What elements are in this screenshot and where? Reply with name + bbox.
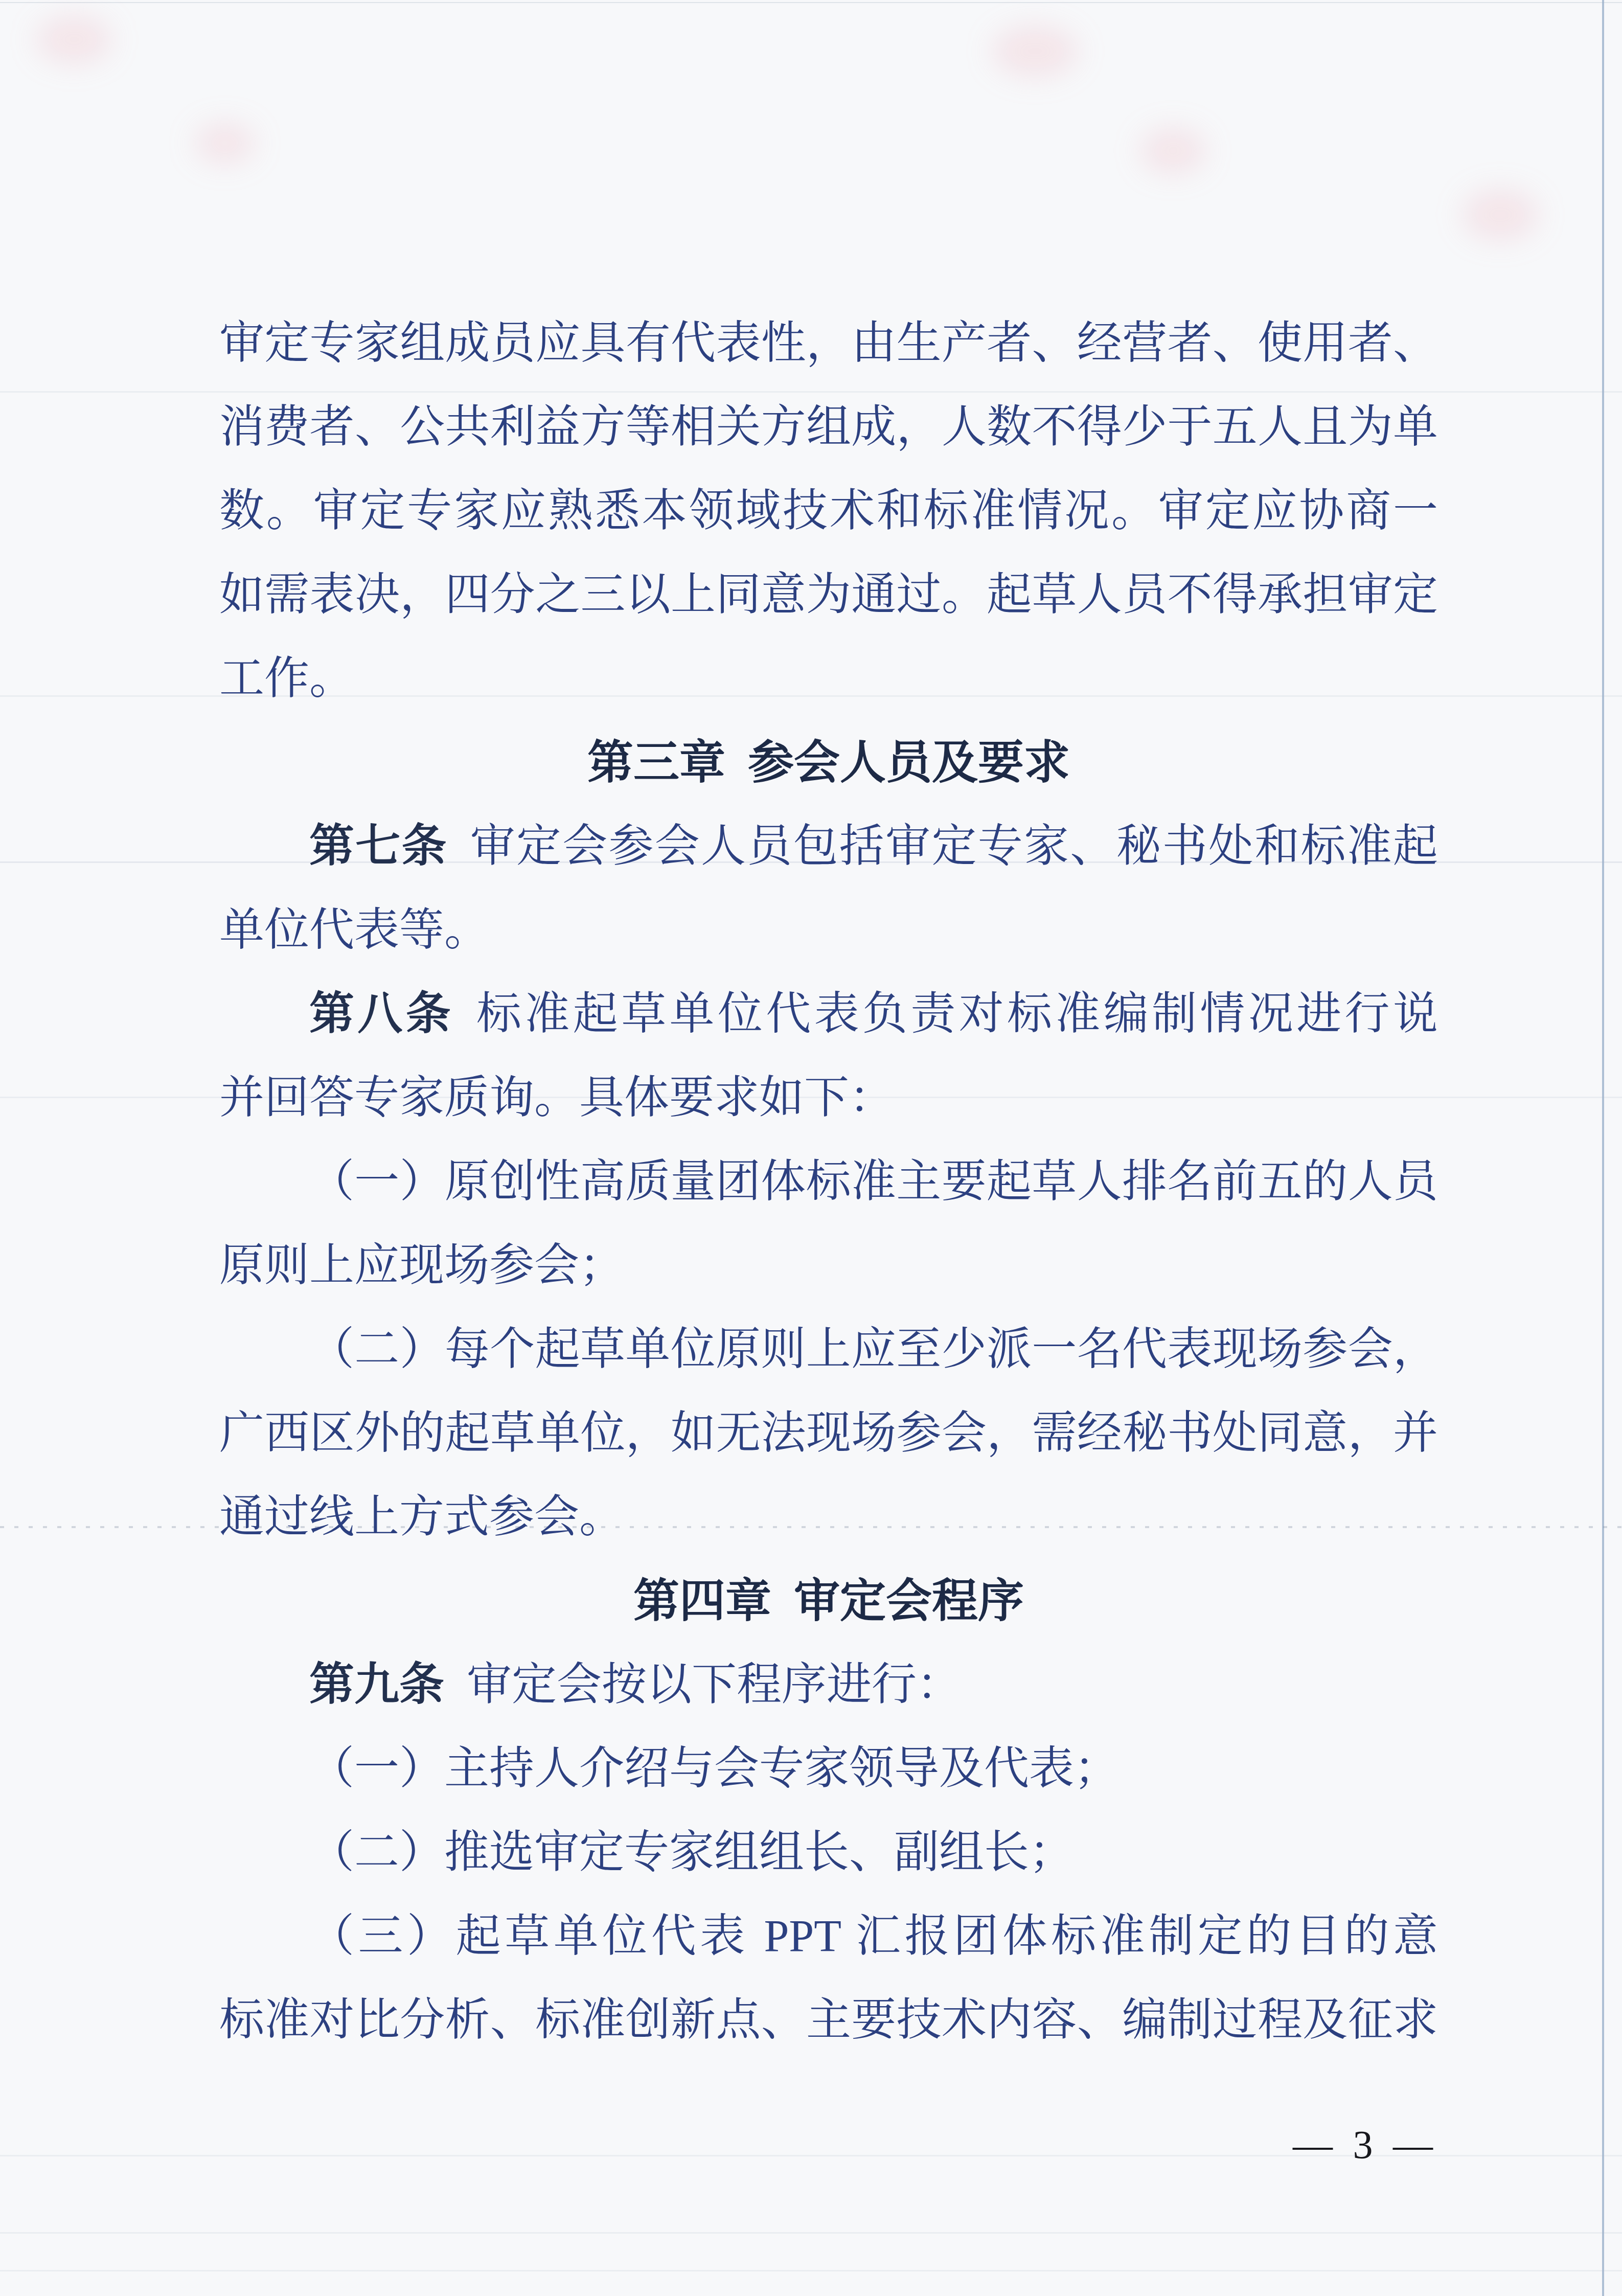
article-8-line: 第八条标准起草单位代表负责对标准编制情况进行说明， — [219, 972, 1438, 1056]
article-9-label: 第九条 — [309, 1660, 444, 1710]
body-line: 数。审定专家应熟悉本领域技术和标准情况。审定应协商一致， — [219, 469, 1438, 553]
scan-pink-smudge — [1462, 189, 1539, 240]
article-8-item-2-line: （二）每个起草单位原则上应至少派一名代表现场参会， — [219, 1308, 1438, 1392]
article-9-item-1-line: （一）主持人介绍与会专家领导及代表； — [219, 1727, 1438, 1811]
body-line: 如需表决，四分之三以上同意为通过。起草人员不得承担审定 — [219, 553, 1438, 637]
scan-pink-smudge — [36, 15, 112, 64]
scan-pink-smudge — [194, 123, 256, 164]
article-7-line: 单位代表等。 — [219, 889, 1438, 972]
scan-pink-smudge — [992, 26, 1079, 77]
chapter-3-title: 参会人员及要求 — [748, 737, 1070, 788]
chapter-4-heading: 第四章审定会程序 — [219, 1559, 1438, 1643]
chapter-3-number: 第三章 — [587, 737, 725, 788]
article-9-item-3-line: （三）起草单位代表 PPT 汇报团体标准制定的目的意义、 — [219, 1895, 1438, 1979]
scan-right-edge-line — [1602, 0, 1604, 2296]
article-8-item-2-line: 广西区外的起草单位，如无法现场参会，需经秘书处同意，并 — [219, 1392, 1438, 1475]
article-8-item-1-line: 原则上应现场参会； — [219, 1224, 1438, 1308]
article-9-item-2-line: （二）推选审定专家组组长、副组长； — [219, 1811, 1438, 1895]
body-line: 消费者、公共利益方等相关方组成，人数不得少于五人且为单 — [219, 385, 1438, 469]
chapter-4-number: 第四章 — [633, 1576, 771, 1627]
scan-pink-smudge — [1140, 128, 1206, 174]
article-8-item-2-line: 通过线上方式参会。 — [219, 1475, 1438, 1559]
article-9-text: 审定会按以下程序进行： — [467, 1660, 962, 1710]
chapter-4-title: 审定会程序 — [794, 1576, 1024, 1627]
scan-streak — [0, 2232, 1622, 2234]
article-8-item-1-line: （一）原创性高质量团体标准主要起草人排名前五的人员 — [219, 1140, 1438, 1224]
article-8-line: 并回答专家质询。具体要求如下： — [219, 1056, 1438, 1140]
page-number: — 3 — — [219, 2122, 1438, 2168]
article-8-label: 第八条 — [309, 989, 454, 1039]
article-7-line: 第七条审定会参会人员包括审定专家、秘书处和标准起草 — [219, 805, 1438, 889]
article-7-label: 第七条 — [309, 822, 448, 871]
article-9-item-3-line: 标准对比分析、标准创新点、主要技术内容、编制过程及征求 — [219, 1979, 1438, 2062]
scan-streak — [0, 2270, 1622, 2271]
scanned-document-page: 审定专家组成员应具有代表性，由生产者、经营者、使用者、 消费者、公共利益方等相关… — [0, 0, 1622, 2296]
chapter-3-heading: 第三章参会人员及要求 — [219, 721, 1438, 805]
scan-top-edge — [0, 2, 1622, 3]
body-line: 审定专家组成员应具有代表性，由生产者、经营者、使用者、 — [219, 302, 1438, 385]
body-line: 工作。 — [219, 637, 1438, 721]
document-body: 审定专家组成员应具有代表性，由生产者、经营者、使用者、 消费者、公共利益方等相关… — [219, 302, 1438, 2062]
article-9-line: 第九条审定会按以下程序进行： — [219, 1643, 1438, 1727]
article-7-text: 审定会参会人员包括审定专家、秘书处和标准起草 — [309, 822, 1438, 889]
article-8-text: 标准起草单位代表负责对标准编制情况进行说明， — [309, 989, 1438, 1056]
